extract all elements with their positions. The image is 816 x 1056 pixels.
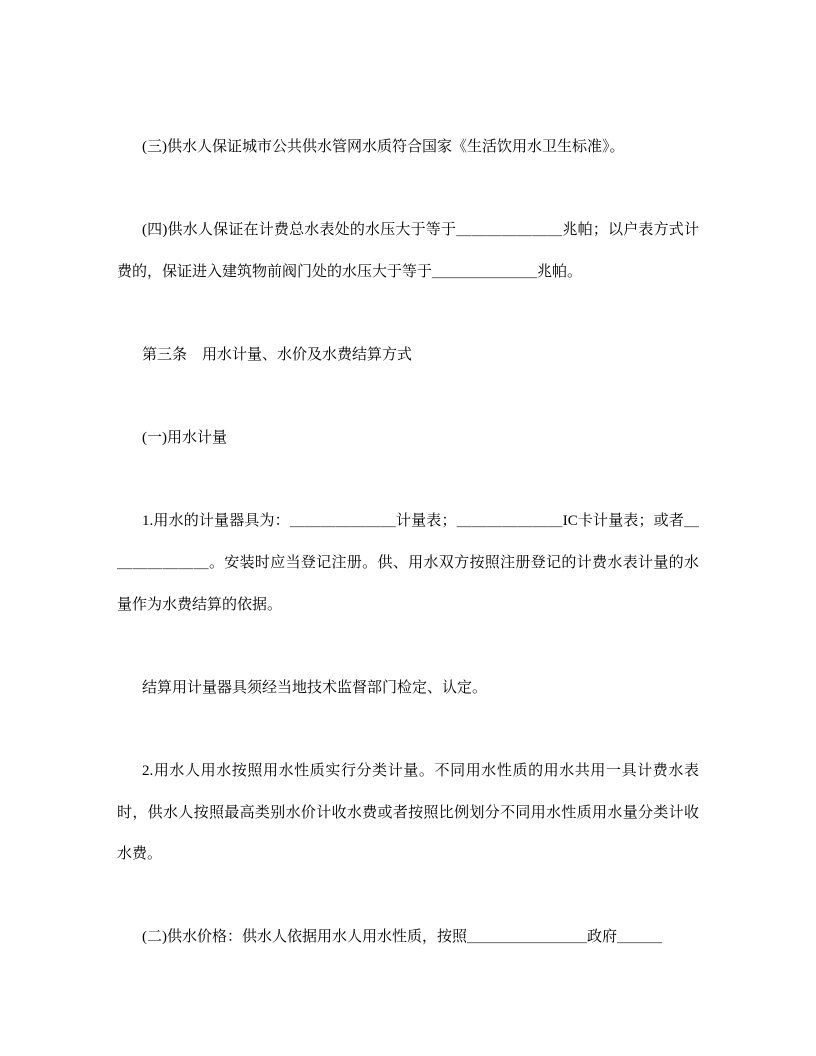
item-1-metering-devices: 1.用水的计量器具为：＿＿＿＿＿＿＿计量表；＿＿＿＿＿＿＿IC卡计量表；或者＿＿… xyxy=(117,501,699,626)
clause-4-water-pressure: (四)供水人保证在计费总水表处的水压大于等于＿＿＿＿＿＿＿兆帕；以户表方式计费的… xyxy=(117,210,699,293)
item-2-classified-metering: 2.用水人用水按照用水性质实行分类计量。不同用水性质的用水共用一具计费水表时，供… xyxy=(117,751,699,876)
section-2-water-price: (二)供水价格：供水人依据用水人用水性质，按照＿＿＿＿＿＿＿＿政府＿＿＿ xyxy=(117,917,699,959)
section-1-metering-heading: (一)用水计量 xyxy=(117,418,699,460)
article-3-heading: 第三条 用水计量、水价及水费结算方式 xyxy=(117,335,699,377)
contract-document-page: (三)供水人保证城市公共供水管网水质符合国家《生活饮用水卫生标准》。 (四)供水… xyxy=(0,0,816,1056)
clause-3-water-quality: (三)供水人保证城市公共供水管网水质符合国家《生活饮用水卫生标准》。 xyxy=(117,127,699,169)
paragraph-device-verification: 结算用计量器具须经当地技术监督部门检定、认定。 xyxy=(117,668,699,710)
